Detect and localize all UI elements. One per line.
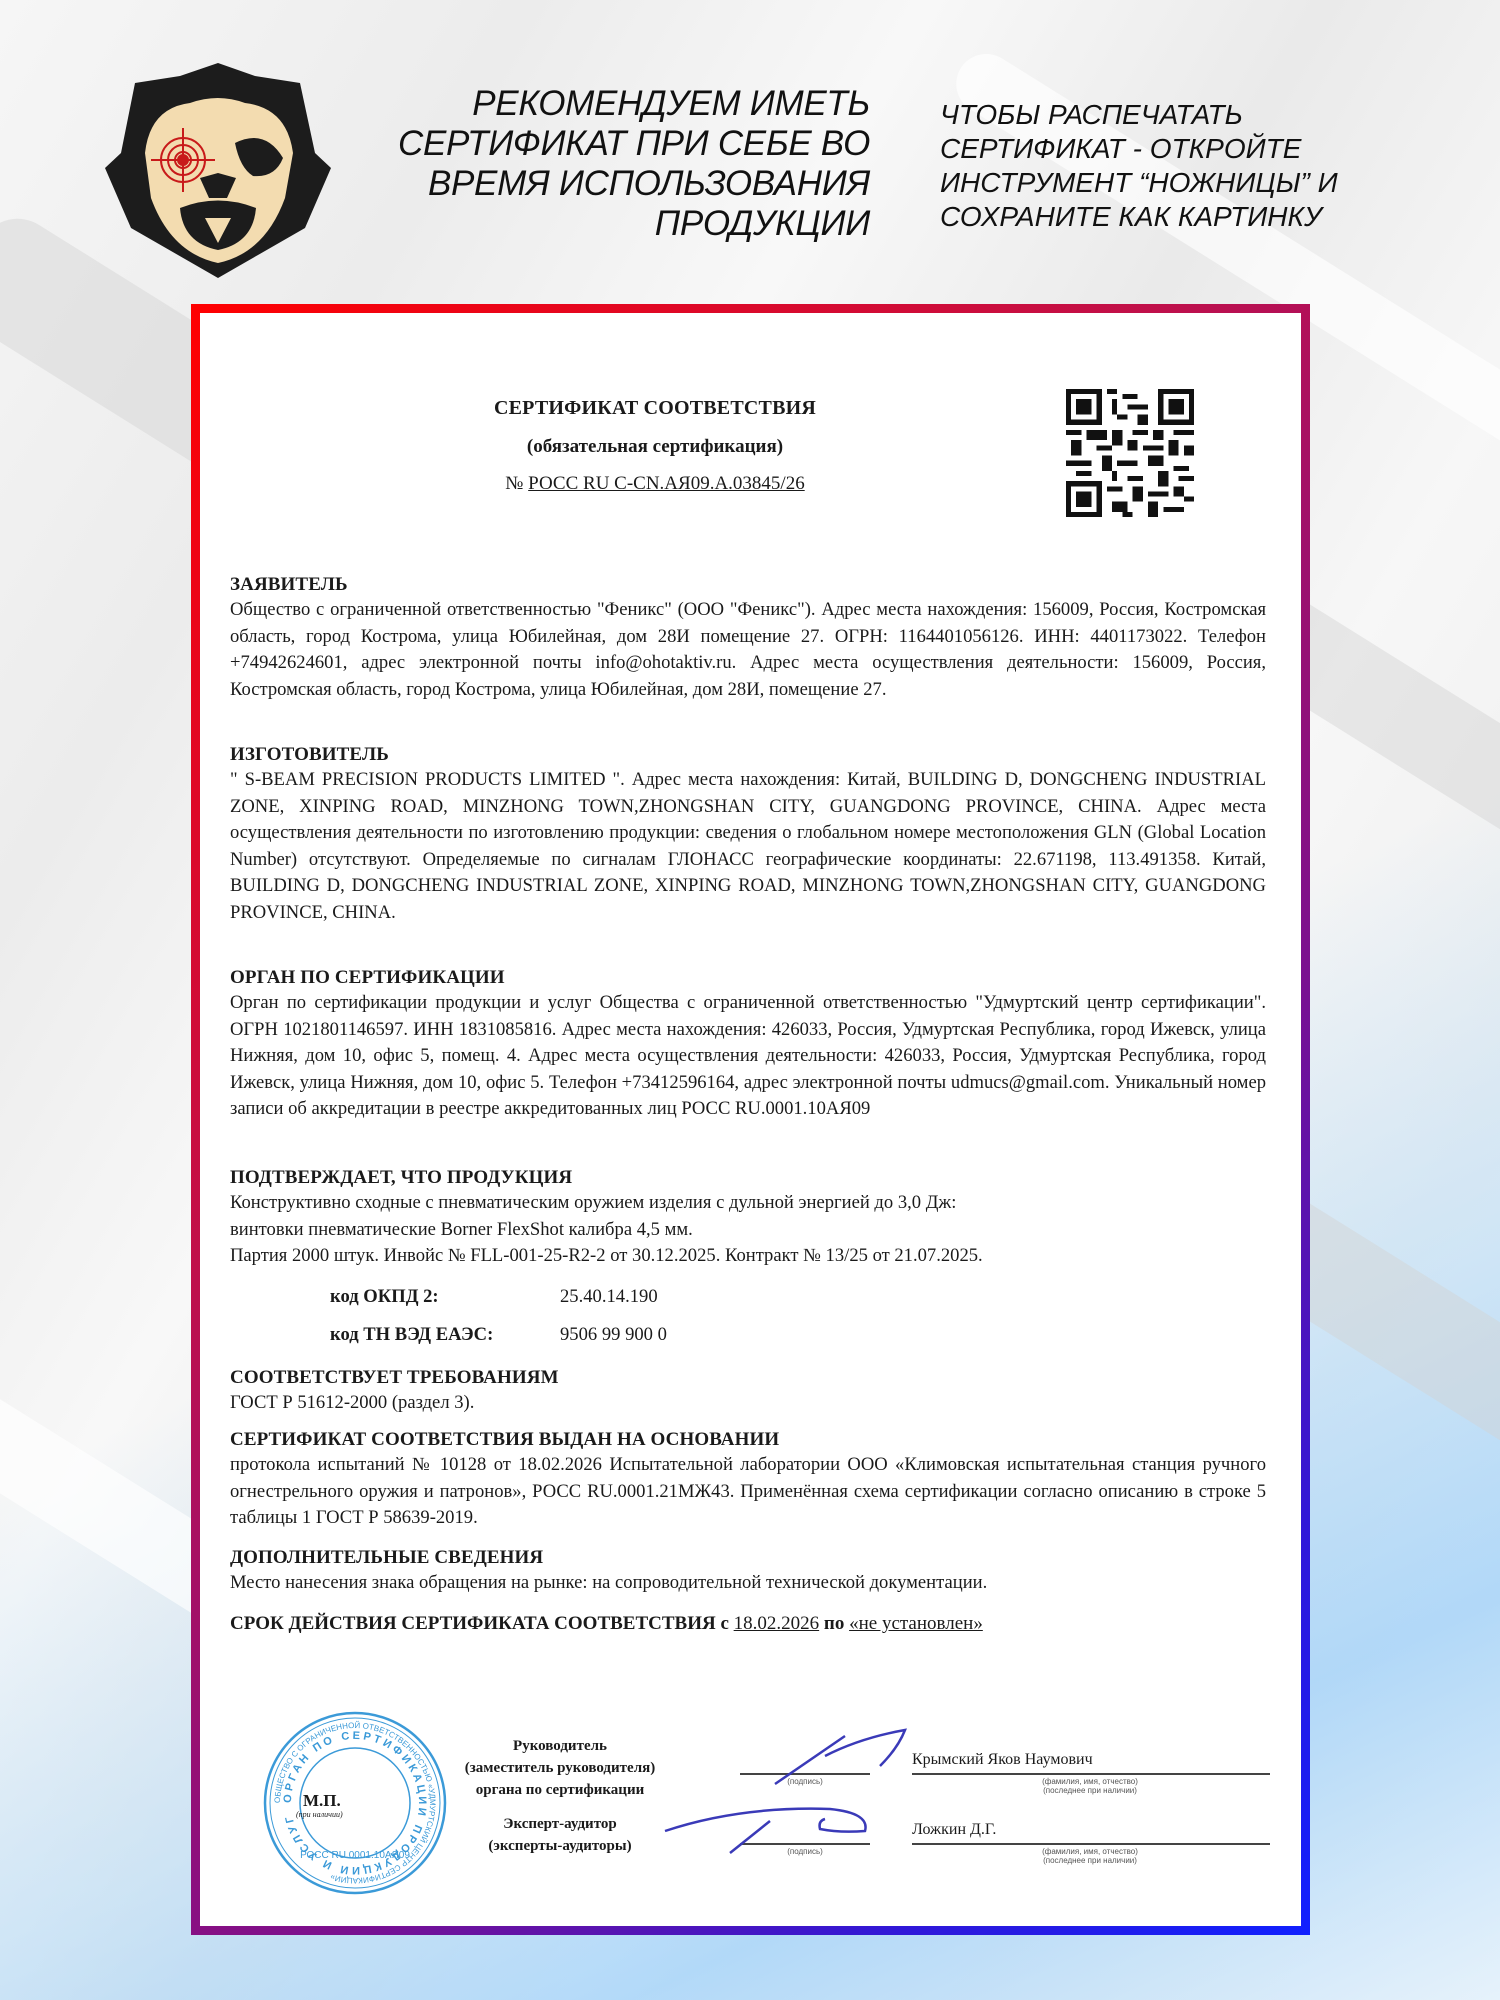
certificate-number: № РОСС RU С-CN.АЯ09.А.03845/26 xyxy=(200,473,1110,495)
product-line: Конструктивно сходные с пневматическим о… xyxy=(230,1190,1266,1217)
caption-line: (последнее при наличии) xyxy=(990,1786,1190,1795)
section-body: " S-BEAM PRECISION PRODUCTS LIMITED ". А… xyxy=(230,767,1266,927)
qr-code-icon xyxy=(1066,389,1194,517)
section-basis: СЕРТИФИКАТ СООТВЕТСТВИЯ ВЫДАН НА ОСНОВАН… xyxy=(230,1428,1266,1532)
caption-line: (последнее при наличии) xyxy=(990,1856,1190,1865)
section-body: Орган по сертификации продукции и услуг … xyxy=(230,990,1266,1123)
stamp-note: (при наличии) xyxy=(296,1810,343,1819)
notice-line: ВРЕМЯ ИСПОЛЬЗОВАНИЯ xyxy=(360,164,870,204)
section-body: ГОСТ Р 51612-2000 (раздел 3). xyxy=(230,1390,1266,1417)
caption-line: (фамилия, имя, отчество) xyxy=(990,1847,1190,1856)
print-instructions: ЧТОБЫ РАСПЕЧАТАТЬ СЕРТИФИКАТ - ОТКРОЙТЕ … xyxy=(940,98,1410,234)
head-signature-icon xyxy=(740,1718,910,1788)
product-line: винтовки пневматические Borner FlexShot … xyxy=(230,1217,1266,1244)
svg-text:РОСС RU.0001.10АЯ09: РОСС RU.0001.10АЯ09 xyxy=(300,1850,410,1861)
certificate-frame: СЕРТИФИКАТ СООТВЕТСТВИЯ (обязательная се… xyxy=(191,304,1310,1935)
section-heading: СООТВЕТСТВУЕТ ТРЕБОВАНИЯМ xyxy=(230,1366,1266,1390)
certificate-number-value: РОСС RU С-CN.АЯ09.А.03845/26 xyxy=(528,473,805,494)
validity-from: 18.02.2026 xyxy=(734,1613,820,1634)
notice-line: РЕКОМЕНДУЕМ ИМЕТЬ xyxy=(360,84,870,124)
product-line: Партия 2000 штук. Инвойс № FLL-001-25-R2… xyxy=(230,1243,1266,1270)
section-product: ПОДТВЕРЖДАЕТ, ЧТО ПРОДУКЦИЯ Конструктивн… xyxy=(230,1166,1266,1354)
role-line: (заместитель руководителя) xyxy=(410,1757,710,1779)
code-row-tnved: код ТН ВЭД ЕАЭС: 9506 99 900 0 xyxy=(230,1316,1266,1354)
section-heading: ПОДТВЕРЖДАЕТ, ЧТО ПРОДУКЦИЯ xyxy=(230,1166,1266,1190)
expert-signature-icon xyxy=(660,1791,890,1861)
expert-name: Ложкин Д.Г. xyxy=(912,1821,996,1839)
section-applicant: ЗАЯВИТЕЛЬ Общество с ограниченной ответс… xyxy=(230,573,1266,703)
product-codes: код ОКПД 2: 25.40.14.190 код ТН ВЭД ЕАЭС… xyxy=(230,1278,1266,1354)
code-label: код ОКПД 2: xyxy=(230,1286,560,1308)
lion-shield-logo-icon xyxy=(105,58,331,278)
name-caption: (фамилия, имя, отчество) (последнее при … xyxy=(990,1777,1190,1795)
carry-certificate-notice: РЕКОМЕНДУЕМ ИМЕТЬ СЕРТИФИКАТ ПРИ СЕБЕ ВО… xyxy=(360,84,870,244)
expert-name-line xyxy=(912,1843,1270,1845)
validity-to: «не установлен» xyxy=(849,1613,983,1634)
certificate-title: СЕРТИФИКАТ СООТВЕТСТВИЯ xyxy=(200,397,1110,420)
caption-line: (фамилия, имя, отчество) xyxy=(990,1777,1190,1786)
section-heading: ЗАЯВИТЕЛЬ xyxy=(230,573,1266,597)
code-value: 9506 99 900 0 xyxy=(560,1324,667,1346)
instruction-line: СОХРАНИТЕ КАК КАРТИНКУ xyxy=(940,200,1410,234)
section-heading: ОРГАН ПО СЕРТИФИКАЦИИ xyxy=(230,966,1266,990)
name-caption: (фамилия, имя, отчество) (последнее при … xyxy=(990,1847,1190,1865)
section-additional: ДОПОЛНИТЕЛЬНЫЕ СВЕДЕНИЯ Место нанесения … xyxy=(230,1546,1266,1597)
head-name-line xyxy=(912,1773,1270,1775)
certificate-subtitle: (обязательная сертификация) xyxy=(200,436,1110,458)
section-heading: СЕРТИФИКАТ СООТВЕТСТВИЯ ВЫДАН НА ОСНОВАН… xyxy=(230,1428,1266,1452)
section-manufacturer: ИЗГОТОВИТЕЛЬ " S-BEAM PRECISION PRODUCTS… xyxy=(230,743,1266,927)
section-requirements: СООТВЕТСТВУЕТ ТРЕБОВАНИЯМ ГОСТ Р 51612-2… xyxy=(230,1366,1266,1417)
instruction-line: ЧТОБЫ РАСПЕЧАТАТЬ xyxy=(940,98,1410,132)
role-line: Руководитель xyxy=(410,1735,710,1757)
section-heading: ДОПОЛНИТЕЛЬНЫЕ СВЕДЕНИЯ xyxy=(230,1546,1266,1570)
section-heading: ИЗГОТОВИТЕЛЬ xyxy=(230,743,1266,767)
head-name: Крымский Яков Наумович xyxy=(912,1751,1093,1769)
instruction-line: СЕРТИФИКАТ - ОТКРОЙТЕ xyxy=(940,132,1410,166)
section-body: протокола испытаний № 10128 от 18.02.202… xyxy=(230,1452,1266,1532)
certificate-sheet: СЕРТИФИКАТ СООТВЕТСТВИЯ (обязательная се… xyxy=(200,313,1301,1926)
validity-to-label: по xyxy=(824,1613,844,1634)
section-body: Место нанесения знака обращения на рынке… xyxy=(230,1570,1266,1597)
code-row-okpd2: код ОКПД 2: 25.40.14.190 xyxy=(230,1278,1266,1316)
number-sign: № xyxy=(505,473,523,494)
code-label: код ТН ВЭД ЕАЭС: xyxy=(230,1324,560,1346)
validity-label: СРОК ДЕЙСТВИЯ СЕРТИФИКАТА СООТВЕТСТВИЯ с xyxy=(230,1613,729,1634)
instruction-line: ИНСТРУМЕНТ “НОЖНИЦЫ” И xyxy=(940,166,1410,200)
stamp-mark-label: М.П. xyxy=(303,1791,341,1811)
notice-line: ПРОДУКЦИИ xyxy=(360,204,870,244)
code-value: 25.40.14.190 xyxy=(560,1286,658,1308)
section-certification-body: ОРГАН ПО СЕРТИФИКАЦИИ Орган по сертифика… xyxy=(230,966,1266,1123)
notice-line: СЕРТИФИКАТ ПРИ СЕБЕ ВО xyxy=(360,124,870,164)
certificate-document: СЕРТИФИКАТ СООТВЕТСТВИЯ (обязательная се… xyxy=(200,313,1301,1926)
section-body: Общество с ограниченной ответственностью… xyxy=(230,597,1266,703)
validity-period: СРОК ДЕЙСТВИЯ СЕРТИФИКАТА СООТВЕТСТВИЯ с… xyxy=(230,1613,983,1635)
